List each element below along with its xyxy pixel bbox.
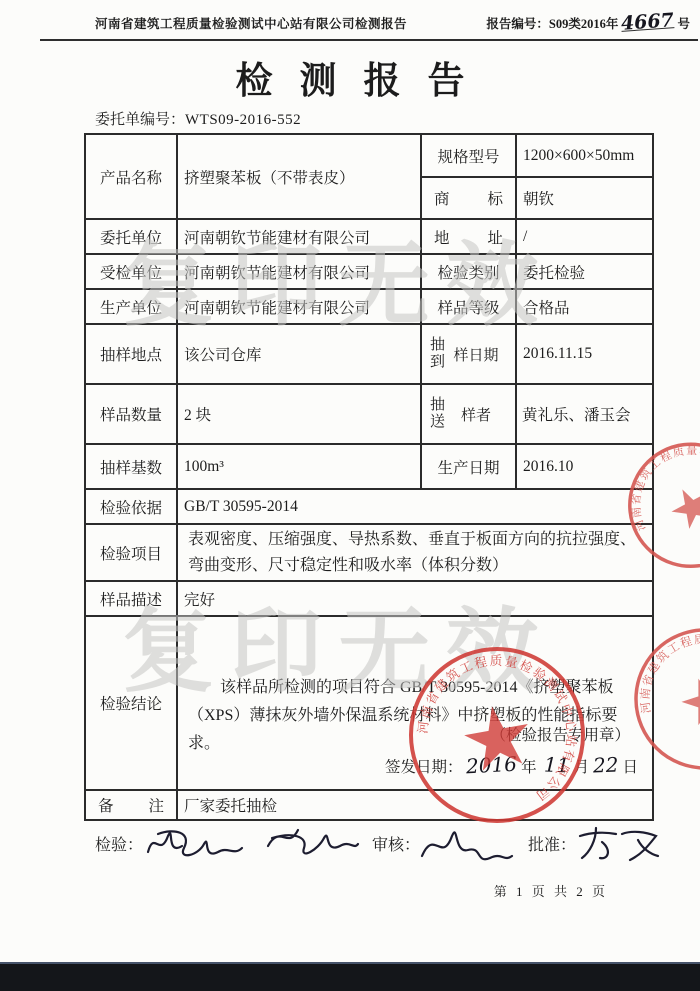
items-label: 检验项目 — [85, 524, 177, 581]
commission-number-value: WTS09-2016-552 — [185, 112, 301, 128]
page-number: 第 1 页 共 2 页 — [494, 881, 608, 900]
client-value: 河南朝钦节能建材有限公司 — [177, 219, 421, 254]
table-row: 备注 厂家委托抽检 — [85, 790, 653, 820]
reviewer-signature-scribble — [416, 824, 516, 868]
address-value: / — [516, 219, 653, 254]
sampling-date-value: 2016.11.15 — [516, 324, 653, 384]
reviewer-label: 审核： — [372, 832, 420, 855]
table-row: 抽样地点 该公司仓库 抽到 样日期 2016.11.15 — [85, 324, 653, 384]
report-number-label: 报告编号： — [486, 17, 549, 31]
inspected-unit-label: 受检单位 — [85, 254, 177, 289]
sampler-label-main: 样者 — [445, 404, 507, 425]
document-title: 检测报告 — [0, 50, 700, 104]
issue-year-handwritten: 2016 — [466, 752, 518, 779]
basis-label: 检验依据 — [85, 489, 177, 524]
sample-qty-label: 样品数量 — [85, 384, 177, 444]
sampler-label-bottom: 送 — [430, 414, 445, 431]
producer-value: 河南朝钦节能建材有限公司 — [177, 289, 421, 324]
stamp-star-icon — [676, 671, 700, 727]
issue-day-handwritten: 22 — [593, 753, 619, 778]
sampler-label: 抽送 样者 — [421, 384, 516, 444]
sampling-date-label-bottom: 到 — [430, 354, 445, 371]
report-table: 产品名称 挤塑聚苯板（不带表皮） 规格型号 1200×600×50mm 商标 朝… — [84, 133, 654, 821]
sample-desc-value: 完好 — [177, 581, 653, 616]
report-number-prefix: S09类2016年 — [549, 17, 618, 31]
org-report-title: 河南省建筑工程质量检验测试中心站有限公司检测报告 — [95, 14, 407, 32]
commission-number: 委托单编号：WTS09-2016-552 — [95, 108, 301, 129]
sampling-base-value: 100m³ — [177, 444, 421, 489]
scanned-report-page: 河南省建筑工程质量检验测试中心站有限公司检测报告 报告编号：S09类2016年 … — [0, 0, 700, 991]
items-value: 表观密度、压缩强度、导热系数、垂直于板面方向的抗拉强度、弯曲变形、尺寸稳定性和吸… — [177, 524, 653, 581]
brand-value: 朝钦 — [516, 177, 653, 219]
production-date-label: 生产日期 — [421, 444, 516, 489]
report-number: 报告编号：S09类2016年 4667 号 — [486, 14, 690, 32]
conclusion-cell: 该样品所检测的项目符合 GB/T 30595-2014《挤塑聚苯板（XPS）薄抹… — [177, 616, 653, 790]
inspection-type-label: 检验类别 — [421, 254, 516, 289]
issue-month-handwritten: 11 — [544, 753, 570, 778]
spec-value: 1200×600×50mm — [516, 134, 653, 177]
table-row: 抽样基数 100m³ 生产日期 2016.10 — [85, 444, 653, 489]
seal-note: （检验报告专用章） — [490, 723, 630, 745]
table-row: 样品数量 2 块 抽送 样者 黄礼乐、潘玉会 — [85, 384, 653, 444]
issue-date-line: 签发日期： 2016 年 11 月 22 日 — [385, 753, 638, 777]
approver-label: 批准： — [528, 832, 576, 855]
table-row: 检验项目 表观密度、压缩强度、导热系数、垂直于板面方向的抗拉强度、弯曲变形、尺寸… — [85, 524, 653, 581]
sampling-place-label: 抽样地点 — [85, 324, 177, 384]
signature-row: 检验： 审核： 批准： — [0, 818, 700, 866]
remark-value: 厂家委托抽检 — [177, 790, 653, 820]
sampling-date-label-main: 样日期 — [445, 344, 507, 365]
scan-edge-artifact — [0, 962, 700, 991]
conclusion-label: 检验结论 — [85, 616, 177, 790]
client-label: 委托单位 — [85, 219, 177, 254]
production-date-value: 2016.10 — [516, 444, 653, 489]
product-name-label: 产品名称 — [85, 134, 177, 219]
table-row: 样品描述 完好 — [85, 581, 653, 616]
product-name-value: 挤塑聚苯板（不带表皮） — [177, 134, 421, 219]
brand-label: 商标 — [421, 177, 516, 219]
report-header: 河南省建筑工程质量检验测试中心站有限公司检测报告 报告编号：S09类2016年 … — [40, 14, 698, 41]
spec-label: 规格型号 — [421, 134, 516, 177]
inspector-signature-scribble-2 — [258, 820, 363, 864]
issue-month-char: 月 — [574, 759, 590, 776]
inspector-label: 检验： — [95, 832, 143, 855]
inspector-signature-scribble — [140, 822, 250, 866]
stamp-star-icon — [665, 480, 700, 532]
issue-day-char: 日 — [622, 759, 638, 776]
sample-qty-value: 2 块 — [177, 384, 421, 444]
sampling-date-label: 抽到 样日期 — [421, 324, 516, 384]
producer-label: 生产单位 — [85, 289, 177, 324]
commission-number-label: 委托单编号： — [95, 112, 185, 128]
sampling-date-label-top: 抽 — [430, 337, 445, 354]
issue-year-char: 年 — [521, 759, 537, 776]
report-number-handwritten: 4667 — [621, 13, 675, 32]
inspection-type-value: 委托检验 — [516, 254, 653, 289]
sample-desc-label: 样品描述 — [85, 581, 177, 616]
table-row: 受检单位 河南朝钦节能建材有限公司 检验类别 委托检验 — [85, 254, 653, 289]
sampling-base-label: 抽样基数 — [85, 444, 177, 489]
table-row: 检验结论 该样品所检测的项目符合 GB/T 30595-2014《挤塑聚苯板（X… — [85, 616, 653, 790]
issue-date-label: 签发日期： — [385, 759, 463, 776]
inspected-unit-value: 河南朝钦节能建材有限公司 — [177, 254, 421, 289]
sampler-label-top: 抽 — [430, 397, 445, 414]
basis-value: GB/T 30595-2014 — [177, 489, 653, 524]
sample-grade-label: 样品等级 — [421, 289, 516, 324]
sample-grade-value: 合格品 — [516, 289, 653, 324]
sampling-place-value: 该公司仓库 — [177, 324, 421, 384]
report-number-suffix: 号 — [677, 17, 690, 31]
sampler-value: 黄礼乐、潘玉会 — [516, 384, 653, 444]
table-row: 检验依据 GB/T 30595-2014 — [85, 489, 653, 524]
approver-signature-scribble — [572, 822, 662, 866]
table-row: 委托单位 河南朝钦节能建材有限公司 地址 / — [85, 219, 653, 254]
table-row: 生产单位 河南朝钦节能建材有限公司 样品等级 合格品 — [85, 289, 653, 324]
address-label: 地址 — [421, 219, 516, 254]
table-row: 产品名称 挤塑聚苯板（不带表皮） 规格型号 1200×600×50mm — [85, 134, 653, 177]
remark-label: 备注 — [85, 790, 177, 820]
